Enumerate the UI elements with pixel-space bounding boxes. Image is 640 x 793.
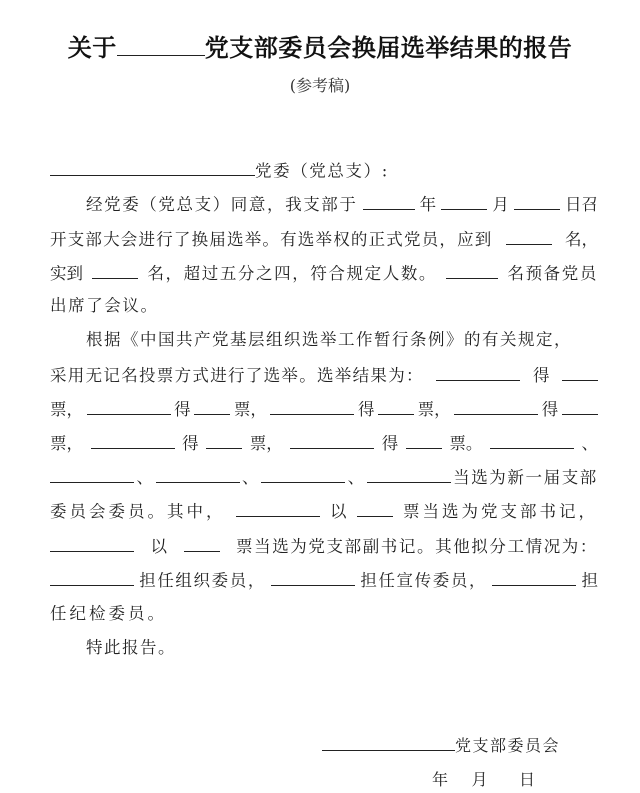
candidate-name-blank[interactable]	[290, 431, 374, 449]
signature-date: 年月日	[432, 767, 537, 790]
dun-mark: 、	[348, 466, 365, 490]
title-blank[interactable]	[117, 30, 205, 56]
p1-line2: 开支部大会进行了换届选举。有选举权的正式党员，应到 名，	[50, 227, 598, 251]
p2-line2: 采用无记名投票方式进行了选举。选举结果为： 得	[50, 363, 598, 387]
title-suffix: 党支部委员会换届选举结果的报告	[205, 34, 573, 62]
probationary-count-blank[interactable]	[446, 261, 498, 279]
yi-label: 以	[151, 535, 168, 559]
closing-text: 特此报告。	[50, 636, 634, 660]
secretary-votes-blank[interactable]	[357, 499, 393, 517]
p2-text: 采用无记名投票方式进行了选举。选举结果为：	[50, 364, 424, 388]
p2-text: 担任宣传委员，	[360, 569, 487, 593]
p2-line1: 根据《中国共产党基层组织选举工作暂行条例》的有关规定，	[50, 328, 634, 352]
p2-text: 担任组织委员，	[139, 569, 266, 593]
vote-count-blank[interactable]	[562, 363, 598, 381]
p2-line5: 、 、 、 当选为新一届支部	[50, 465, 598, 489]
elected-name-blank[interactable]	[490, 431, 574, 449]
piao-label: 票，	[250, 432, 283, 456]
p1-text: 名预备党员	[507, 262, 598, 286]
party-committee-blank[interactable]	[50, 158, 255, 176]
vote-count-blank[interactable]	[378, 397, 414, 415]
date-year: 年	[432, 770, 450, 789]
salutation: 党委（党总支）:	[255, 161, 389, 180]
dun-mark: 、	[242, 466, 259, 490]
p1-line1: 经党委（党总支）同意，我支部于 年 月 日召	[50, 192, 598, 216]
p2-text: 当选为新一届支部	[453, 466, 598, 490]
date-month: 月	[472, 770, 490, 789]
year-blank[interactable]	[363, 192, 415, 210]
propaganda-member-blank[interactable]	[271, 568, 355, 586]
candidate-name-blank[interactable]	[454, 397, 538, 415]
year-label: 年	[420, 193, 437, 217]
elected-name-blank[interactable]	[367, 465, 451, 483]
p2-line6: 委员会委员。其中， 以 票当选为党支部书记，	[50, 499, 598, 523]
elected-name-blank[interactable]	[261, 465, 345, 483]
de-label: 得	[533, 364, 550, 388]
deputy-name-blank[interactable]	[50, 534, 134, 552]
piao-label: 票。	[449, 432, 482, 456]
vote-count-blank[interactable]	[194, 397, 230, 415]
p2-text: 票当选为党支部书记，	[403, 500, 598, 524]
candidate-name-blank[interactable]	[91, 431, 175, 449]
de-label: 得	[382, 432, 399, 456]
de-label: 得	[174, 398, 191, 422]
month-blank[interactable]	[441, 192, 487, 210]
salutation-line: 党委（党总支）:	[50, 158, 598, 182]
piao-label: 票，	[50, 398, 83, 422]
date-day: 日	[519, 770, 537, 789]
piao-label: 票，	[234, 398, 267, 422]
p2-line4: 票， 得 票， 得 票。 、	[50, 431, 598, 455]
day-label: 日召	[565, 193, 598, 217]
de-label: 得	[182, 432, 199, 456]
vote-count-blank[interactable]	[562, 397, 598, 415]
elected-name-blank[interactable]	[50, 465, 134, 483]
p2-line7: 以 票当选为党支部副书记。其他拟分工情况为：	[50, 534, 598, 558]
p2-line8: 担任组织委员， 担任宣传委员， 担	[50, 568, 598, 592]
p1-text: 实到	[50, 262, 83, 286]
branch-name-blank[interactable]	[322, 733, 455, 751]
report-title: 关于党支部委员会换届选举结果的报告	[0, 28, 640, 63]
vote-count-blank[interactable]	[206, 431, 242, 449]
deputy-votes-blank[interactable]	[184, 534, 220, 552]
candidate-name-blank[interactable]	[87, 397, 171, 415]
p1-text: 名，	[565, 228, 598, 252]
vote-count-blank[interactable]	[406, 431, 442, 449]
yi-label: 以	[330, 500, 347, 524]
candidate-name-blank[interactable]	[436, 363, 520, 381]
p1-text: 开支部大会进行了换届选举。有选举权的正式党员，应到	[50, 228, 493, 252]
p1-text: 名，超过五分之四，符合规定人数。	[147, 262, 437, 286]
secretary-name-blank[interactable]	[236, 499, 320, 517]
elected-name-blank[interactable]	[156, 465, 240, 483]
signature-line: 党支部委员会	[322, 733, 560, 756]
committee-label: 党支部委员会	[455, 736, 560, 755]
candidate-name-blank[interactable]	[270, 397, 354, 415]
p1-text: 经党委（党总支）同意，我支部于	[86, 193, 358, 217]
draft-subtitle: (参考稿)	[0, 73, 640, 96]
organization-member-blank[interactable]	[50, 568, 134, 586]
p2-line3: 票， 得 票， 得 票， 得	[50, 397, 598, 421]
expected-count-blank[interactable]	[506, 227, 552, 245]
p2-text: 票当选为党支部副书记。其他拟分工情况为：	[236, 535, 598, 559]
discipline-member-blank[interactable]	[492, 568, 576, 586]
dun-mark: 、	[581, 432, 598, 456]
title-prefix: 关于	[68, 34, 117, 62]
month-label: 月	[492, 193, 509, 217]
p2-text: 委员会委员。其中，	[50, 500, 226, 524]
piao-label: 票，	[50, 432, 83, 456]
de-label: 得	[358, 398, 375, 422]
de-label: 得	[542, 398, 559, 422]
actual-count-blank[interactable]	[92, 261, 138, 279]
p2-line9: 任纪检委员。	[50, 602, 598, 626]
dun-mark: 、	[137, 466, 154, 490]
day-blank[interactable]	[514, 192, 560, 210]
p2-text: 担	[582, 569, 599, 593]
p1-line3: 实到 名，超过五分之四，符合规定人数。 名预备党员	[50, 261, 598, 285]
piao-label: 票，	[418, 398, 451, 422]
p1-line4: 出席了会议。	[50, 294, 598, 318]
